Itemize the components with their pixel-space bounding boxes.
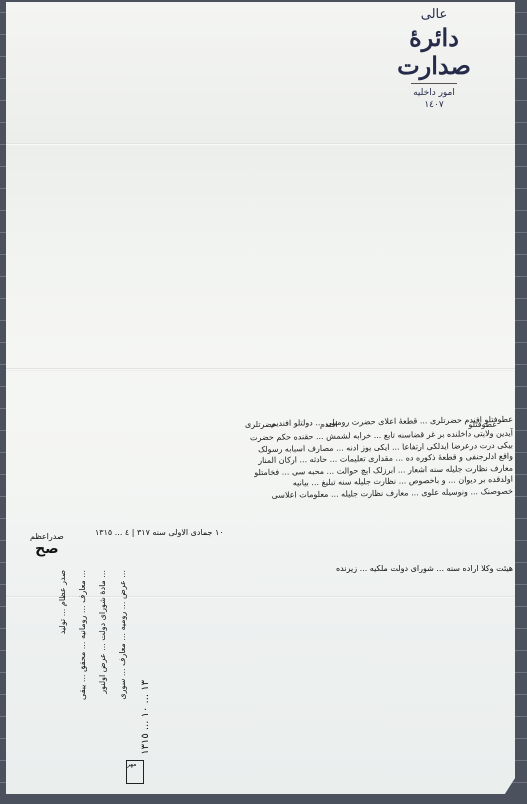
margin-annotation: صدر عظام ... تولید ... معارف ... رومانیه… — [50, 570, 160, 785]
grand-vizier-signature: صدراعظم صح — [30, 532, 64, 557]
date-line: ١٠ جمادی الاولی سنه ٣١٧ | ٤ ... ١٣١٥ — [95, 528, 224, 537]
seal-stamp-icon: مهر — [126, 760, 144, 784]
signature-mark: صح — [30, 541, 64, 557]
letterhead: عالی دائرهٔ صدارت امور داخلیه ١٤٠٧ — [389, 6, 479, 111]
fold-line-2 — [6, 368, 515, 371]
letter-body: آیدین ولایتی داخلنده بر غر قضاسنه تابع .… — [12, 432, 513, 501]
letterhead-divider — [411, 83, 457, 84]
letterhead-top-word: عالی — [389, 6, 479, 24]
fold-line-1 — [6, 143, 515, 146]
margin-note-column: ... مادۀ شورای دولت ... عرض اولنور — [98, 570, 107, 694]
margin-note-date: ١٣ ... ١٠ ... ١٣١٥ — [140, 680, 151, 755]
signature-title: صدراعظم — [30, 532, 64, 541]
letterhead-number: ١٤٠٧ — [389, 99, 479, 111]
margin-note-column: صدر عظام ... تولید — [58, 570, 67, 634]
margin-note-column: ... معارف ... رومانیه ... محقق ... یبقی — [78, 570, 87, 700]
letter-first-line: عطوفتلو افندم حضرتلری ... قطعهٔ اعلای حض… — [260, 416, 513, 428]
letterhead-subtitle: امور داخلیه — [389, 87, 479, 99]
margin-note-column: ... عرض ... رومیه ... معارف ... سوری — [118, 570, 127, 700]
body-line: عطوفتلو افندم حضرتلری ... قطعهٔ اعلای حض… — [260, 414, 513, 430]
letterhead-office-name: دائرهٔ صدارت — [389, 24, 479, 80]
